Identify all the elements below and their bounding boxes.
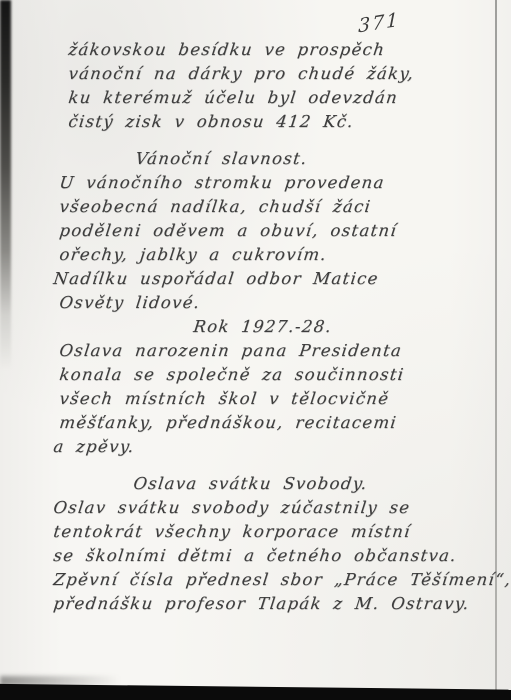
- page-number: 371: [358, 9, 400, 38]
- handwritten-line: žákovskou besídku ve prospěch: [67, 38, 496, 62]
- handwritten-line: ku kterémuž účelu byl odevzdán: [67, 86, 496, 110]
- section-heading: Vánoční slavnost.: [134, 147, 496, 171]
- handwritten-line: všeobecná nadílka, chudší žáci: [58, 195, 496, 219]
- handwritten-line: poděleni oděvem a obuví, ostatní: [58, 219, 496, 243]
- handwritten-line: Oslav svátku svobody zúčastnily se: [52, 496, 496, 520]
- handwritten-line: všech místních škol v tělocvičně: [58, 387, 496, 411]
- handwritten-line: se školními dětmi a četného občanstva.: [52, 544, 496, 568]
- handwritten-line: měšťanky, přednáškou, recitacemi: [58, 411, 496, 435]
- scanned-page: 371 žákovskou besídku ve prospěch vánočn…: [0, 0, 511, 700]
- handwritten-line: přednášku profesor Tlapák z M. Ostravy.: [52, 592, 496, 616]
- handwritten-line: Oslava narozenin pana Presidenta: [58, 339, 496, 363]
- handwritten-line: vánoční na dárky pro chudé žáky,: [67, 62, 496, 86]
- section-heading: Rok 1927.-28.: [192, 315, 496, 339]
- handwritten-line: U vánočního stromku provedena: [58, 171, 496, 195]
- handwritten-line: konala se společně za součinnosti: [58, 363, 496, 387]
- handwritten-line: Nadílku uspořádal odbor Matice: [52, 267, 496, 291]
- section-heading: Oslava svátku Svobody.: [132, 472, 496, 496]
- handwritten-line: čistý zisk v obnosu 412 Kč.: [67, 110, 496, 134]
- handwritten-line: ořechy, jablky a cukrovím.: [58, 243, 496, 267]
- handwritten-line: Zpěvní čísla přednesl sbor „Práce Těšíme…: [52, 568, 496, 592]
- handwritten-line: tentokrát všechny korporace místní: [52, 520, 496, 544]
- handwritten-line: a zpěvy.: [52, 435, 496, 459]
- handwritten-text-block: žákovskou besídku ve prospěch vánoční na…: [0, 38, 493, 616]
- handwritten-line: Osvěty lidové.: [58, 291, 496, 315]
